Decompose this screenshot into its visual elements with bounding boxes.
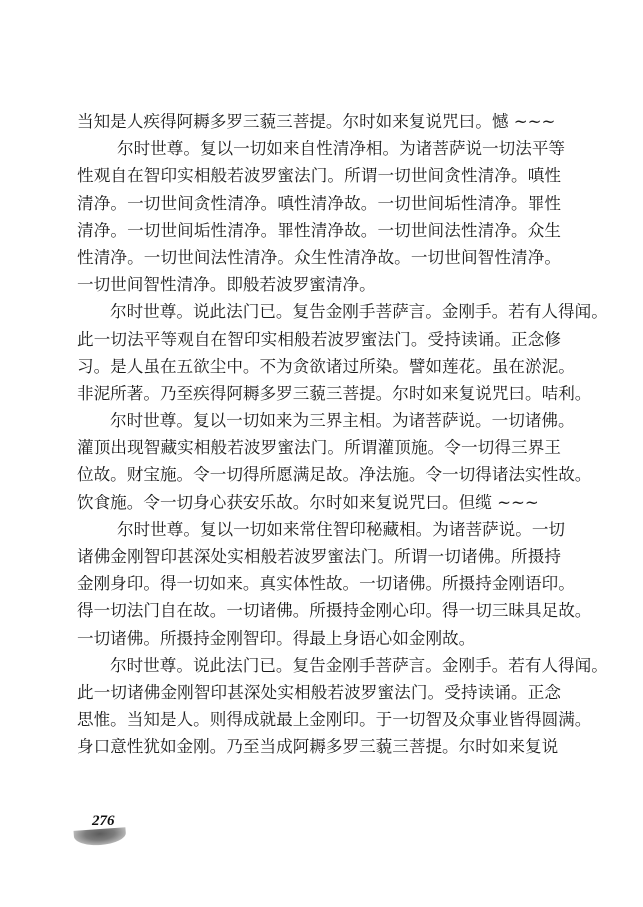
body-text: 当知是人疾得阿耨多罗三藐三菩提。尔时如来复说咒曰。憾 ~~~尔时世尊。复以一切如…: [77, 108, 561, 761]
text-line: 尔时世尊。复以一切如来常住智印秘藏相。为诸菩萨说。一切: [77, 516, 561, 543]
text-line: 此一切诸佛金刚智印甚深处实相般若波罗蜜法门。受持读诵。正念: [77, 679, 561, 706]
text-line: 身口意性犹如金刚。乃至当成阿耨多罗三藐三菩提。尔时如来复说: [77, 733, 561, 760]
brush-stroke-decoration: [74, 827, 127, 847]
text-line: 一切世间智性清净。即般若波罗蜜清净。: [77, 271, 561, 298]
text-line: 当知是人疾得阿耨多罗三藐三菩提。尔时如来复说咒曰。憾 ~~~: [77, 108, 561, 135]
text-line: 性观自在智印实相般若波罗蜜法门。所谓一切世间贪性清净。嗔性: [77, 162, 561, 189]
text-line: 尔时世尊。说此法门已。复告金刚手菩萨言。金刚手。若有人得闻。: [77, 652, 561, 679]
text-line: 尔时世尊。说此法门已。复告金刚手菩萨言。金刚手。若有人得闻。: [77, 298, 561, 325]
text-line: 此一切法平等观自在智印实相般若波罗蜜法门。受持读诵。正念修: [77, 326, 561, 353]
text-line: 清净。一切世间垢性清净。罪性清净故。一切世间法性清净。众生: [77, 217, 561, 244]
text-line: 非泥所著。乃至疾得阿耨多罗三藐三菩提。尔时如来复说咒曰。咭利。: [77, 380, 561, 407]
text-line: 尔时世尊。复以一切如来为三界主相。为诸菩萨说。一切诸佛。: [77, 407, 561, 434]
text-line: 思惟。当知是人。则得成就最上金刚印。于一切智及众事业皆得圆满。: [77, 706, 561, 733]
text-line: 得一切法门自在故。一切诸佛。所摄持金刚心印。得一切三昧具足故。: [77, 597, 561, 624]
text-line: 诸佛金刚智印甚深处实相般若波罗蜜法门。所谓一切诸佛。所摄持: [77, 543, 561, 570]
text-line: 尔时世尊。复以一切如来自性清净相。为诸菩萨说一切法平等: [77, 135, 561, 162]
text-line: 饮食施。令一切身心获安乐故。尔时如来复说咒曰。但缆 ~~~: [77, 489, 561, 516]
text-line: 灌顶出现智藏实相般若波罗蜜法门。所谓灌顶施。令一切得三界王: [77, 434, 561, 461]
text-line: 清净。一切世间贪性清净。嗔性清净故。一切世间垢性清净。罪性: [77, 190, 561, 217]
text-line: 一切诸佛。所摄持金刚智印。得最上身语心如金刚故。: [77, 625, 561, 652]
text-line: 位故。财宝施。令一切得所愿满足故。净法施。令一切得诸法实性故。: [77, 461, 561, 488]
text-line: 金刚身印。得一切如来。真实体性故。一切诸佛。所摄持金刚语印。: [77, 570, 561, 597]
book-page: 当知是人疾得阿耨多罗三藐三菩提。尔时如来复说咒曰。憾 ~~~尔时世尊。复以一切如…: [0, 0, 643, 907]
text-line: 习。是人虽在五欲尘中。不为贪欲诸过所染。譬如莲花。虽在淤泥。: [77, 353, 561, 380]
text-line: 性清净。一切世间法性清净。众生性清净故。一切世间智性清净。: [77, 244, 561, 271]
